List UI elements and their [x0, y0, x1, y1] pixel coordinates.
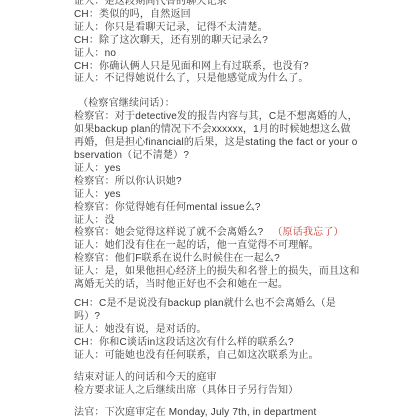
section-header: （检察官继续问话）： [74, 98, 360, 111]
document-page: 证人：是这段期间代替的聊天记录 CH：类似的吗，自然返回 证人：你只是看聊天记录… [74, 0, 360, 420]
transcript-line: 证人：no [74, 48, 360, 61]
session-summary-line: 检方要求证人之后继续出席（具体日子另行告知） [74, 385, 360, 398]
transcript-line: 检察官：他们F联系在说什么时候住在一起么? [74, 253, 360, 266]
translator-note: （原话我忘了） [272, 227, 343, 238]
transcript-line: CH：你确认俩人只是见面和网上有过联系，也没有? [74, 61, 360, 74]
transcript-line: 检察官：所以你认识她? [74, 176, 360, 189]
transcript-line: 证人：可能她也没有任何联系，自己如这次联系为止。 [74, 350, 360, 363]
transcript-line-text: 检察官：她会觉得这样说了就不会离婚么? [74, 227, 263, 238]
judge-line: 法官：下次庭审定在 Monday, July 7th, in departmen… [74, 407, 360, 420]
transcript-line: 证人：没 [74, 215, 360, 228]
transcript-line: 证人：她们没有住在一起的话，他一直觉得不可理解。 [74, 240, 360, 253]
transcript-line: 检察官：你觉得她有任何mental issue么? [74, 202, 360, 215]
transcript-line: 证人：不记得她说什么了，只是他感觉成为什么了。 [74, 73, 360, 86]
transcript-line: CH：C是不是说没有backup plan就什么也不会离婚么（是吗）? [74, 298, 360, 324]
transcript-line: 证人：yes [74, 163, 360, 176]
session-summary-line: 结束对证人的问话和今天的庭审 [74, 372, 360, 385]
prosecutor-paragraph: 检察官：对于detective发的报告内容与其，C是不想离婚的人，如果backu… [74, 111, 360, 163]
transcript-line: CH：除了这次聊天，还有别的聊天记录么? [74, 35, 360, 48]
transcript-line: CH：类似的吗，自然返回 [74, 9, 360, 22]
witness-paragraph: 证人：是，如果他担心经济上的损失和名誉上的损失，而且这和离婚无关的话，当时他正好… [74, 266, 360, 292]
transcript-line: 证人：你只是看聊天记录，记得不太清楚。 [74, 22, 360, 35]
transcript-line-with-annotation: 检察官：她会觉得这样说了就不会离婚么? （原话我忘了） [74, 227, 360, 240]
transcript-line: CH：你和C谈话in这段话这次有什么样的联系么? [74, 337, 360, 350]
transcript-line: 证人：她没有说，是对话的。 [74, 324, 360, 337]
transcript-line: 证人：yes [74, 189, 360, 202]
transcript-line: 证人：是这段期间代替的聊天记录 [74, 0, 360, 9]
